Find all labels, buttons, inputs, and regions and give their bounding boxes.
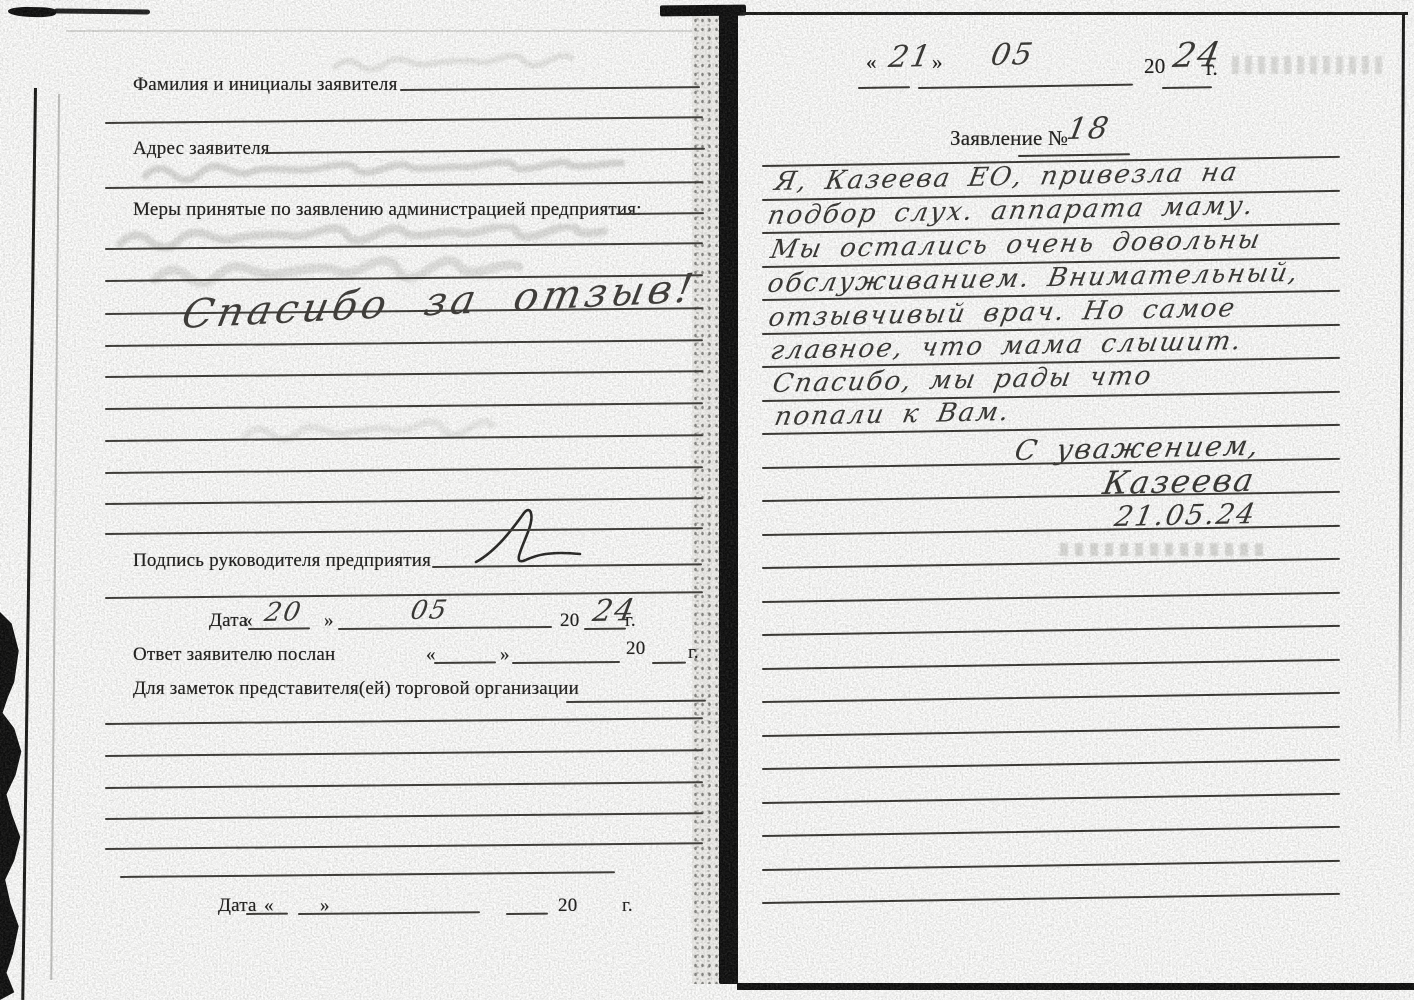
ruled-line	[652, 662, 686, 664]
handwriting-line: Мы остались очень довольны	[768, 225, 1264, 265]
scanned-feedback-book-spread: Фамилия и инициалы заявителя Адрес заяви…	[0, 0, 1414, 1000]
open-quote: «	[264, 895, 274, 917]
ruled-line	[265, 148, 705, 154]
ruled-line	[105, 181, 703, 189]
bleedthrough-smudge	[330, 52, 630, 78]
ruled-line	[105, 242, 703, 250]
bleedthrough-smudge	[140, 158, 685, 188]
right-page-right-edge	[1398, 13, 1404, 753]
handwriting-line: Спасибо, мы рады что	[770, 361, 1155, 399]
ruled-line	[762, 223, 1340, 234]
ruled-line	[248, 627, 310, 630]
ruled-line	[512, 661, 620, 664]
ruled-line	[105, 116, 703, 124]
scan-band-top-center	[660, 5, 746, 17]
ruled-line	[1162, 86, 1212, 89]
scan-smudge	[1232, 56, 1382, 74]
ruled-line	[762, 491, 1340, 502]
ruled-line	[762, 625, 1340, 636]
ruled-line	[762, 290, 1340, 301]
ruled-line	[432, 563, 702, 568]
ruled-line	[105, 307, 703, 315]
ruled-line	[105, 339, 703, 347]
open-quote: «	[243, 610, 253, 632]
ruled-line	[762, 357, 1340, 368]
ruled-line	[762, 592, 1340, 603]
ruled-line	[434, 661, 496, 664]
handwritten-closing: С уважением,	[1012, 429, 1263, 467]
ruled-line	[858, 86, 910, 89]
handwritten-statement-number: 18	[1064, 111, 1113, 147]
ruled-line	[105, 434, 703, 442]
bleedthrough-smudge	[240, 418, 550, 448]
year-suffix: г.	[625, 610, 636, 632]
ruled-line	[762, 257, 1340, 268]
open-quote: «	[866, 50, 877, 75]
handwritten-date: 21.05.24	[1112, 497, 1260, 533]
date-label: Дата	[209, 610, 248, 632]
applicant-address-label: Адрес заявителя	[133, 138, 270, 160]
year-suffix: г.	[622, 895, 633, 917]
ruled-line	[105, 527, 703, 535]
ruled-line	[506, 913, 548, 915]
handwritten-date-year: 24	[590, 593, 639, 629]
ruled-line	[762, 156, 1340, 167]
trade-org-notes-label: Для заметок представителя(ей) торговой о…	[133, 678, 579, 700]
scan-smudge	[1060, 543, 1270, 556]
year-prefix: 20	[626, 638, 645, 660]
ruled-line	[762, 692, 1340, 703]
book-spine-strip	[719, 12, 738, 984]
bleedthrough-smudge	[115, 224, 675, 258]
handwritten-signature: Казеева	[1100, 461, 1259, 502]
left-page-top-edge	[66, 30, 704, 32]
handwriting-line: Я, Казеева ЕО, привезла на	[772, 157, 1241, 197]
ruled-line	[105, 370, 703, 378]
ruled-line	[762, 458, 1340, 469]
applicant-name-label: Фамилия и инициалы заявителя	[133, 74, 398, 96]
director-signature-label: Подпись руководителя предприятия	[133, 550, 431, 572]
ruled-line	[105, 842, 703, 850]
ruled-line	[566, 700, 706, 703]
ruled-line	[400, 86, 700, 91]
ruled-line	[120, 871, 615, 878]
ruled-line	[105, 497, 703, 505]
ruled-line	[338, 626, 552, 630]
handwriting-line: подбор слух. аппарата маму.	[765, 191, 1258, 231]
scan-blot-top-left	[8, 6, 56, 17]
ruled-line	[105, 591, 703, 599]
close-quote: »	[324, 610, 334, 632]
ruled-line	[105, 466, 703, 474]
director-signature	[468, 508, 588, 572]
scan-left-border-line	[21, 88, 37, 1000]
ruled-line	[762, 826, 1340, 837]
ruled-line	[298, 911, 480, 915]
open-quote: «	[426, 644, 436, 666]
scan-band-bottom	[737, 983, 1414, 990]
year-prefix: 20	[560, 610, 579, 632]
handwritten-date-month: 05	[408, 595, 451, 626]
year-suffix: г.	[1206, 56, 1218, 81]
ruled-line	[105, 749, 703, 757]
ruled-line	[762, 324, 1340, 335]
ruled-line	[762, 860, 1340, 871]
statement-number-label: Заявление №	[950, 126, 1068, 151]
close-quote: »	[500, 644, 510, 666]
handwritten-month: 05	[988, 37, 1037, 73]
ruled-line	[762, 659, 1340, 670]
handwritten-date-day: 20	[262, 597, 305, 628]
ruled-line	[762, 893, 1340, 904]
ruled-line	[918, 84, 1133, 89]
ruled-line	[762, 793, 1340, 804]
ruled-line	[105, 781, 703, 789]
ruled-line	[762, 726, 1340, 737]
handwriting-line: главное, что мама слышит.	[768, 326, 1245, 366]
close-quote: »	[320, 895, 330, 917]
ruled-line	[584, 628, 626, 630]
year-prefix: 20	[558, 895, 577, 917]
ruled-line	[762, 759, 1340, 770]
handwriting-line: обслуживанием. Внимательный,	[765, 258, 1302, 299]
handwritten-year: 24	[1170, 35, 1225, 76]
handwriting-line: попали к Вам.	[772, 397, 1013, 432]
handwritten-thanks-note: Спасибо за отзыв!	[178, 265, 701, 338]
handwritten-day: 21	[886, 39, 935, 75]
ruled-line	[105, 717, 703, 725]
page-gutter-shadow	[692, 16, 720, 984]
close-quote: »	[932, 50, 943, 75]
ruled-line	[105, 402, 703, 410]
year-prefix: 20	[1144, 54, 1165, 79]
ruled-line	[105, 812, 703, 820]
ruled-line	[105, 274, 703, 282]
bleedthrough-smudge	[150, 256, 580, 296]
ruled-line	[762, 424, 1340, 435]
measures-label: Меры принятые по заявлению администрацие…	[133, 199, 642, 221]
ruled-line	[762, 525, 1340, 536]
ruled-line	[1018, 153, 1130, 157]
date-label: Дата	[218, 895, 257, 917]
reply-sent-label: Ответ заявителю послан	[133, 644, 335, 666]
ruled-line	[762, 558, 1340, 569]
ruled-line	[616, 212, 704, 215]
handwriting-line: отзывчивый врач. Но самое	[766, 293, 1239, 333]
ruled-line	[246, 913, 288, 915]
ruled-line	[762, 190, 1340, 201]
ruled-line	[762, 391, 1340, 402]
right-page-top-edge	[740, 12, 1408, 15]
left-page-edge-line	[50, 94, 60, 980]
scan-streak-top-left	[54, 8, 150, 14]
